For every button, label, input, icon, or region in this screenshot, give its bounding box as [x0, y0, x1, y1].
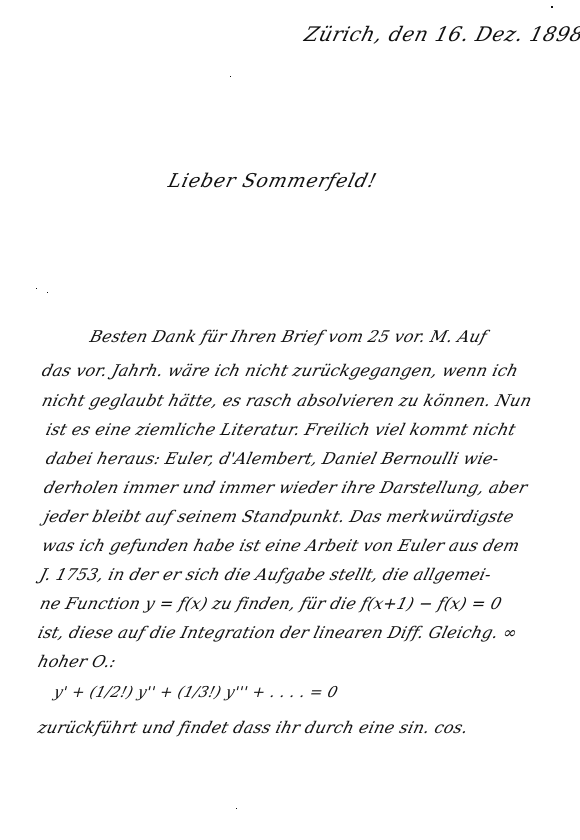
letter-page: Zürich, den 16. Dez. 1898 Lieber Sommerf…: [0, 0, 580, 840]
scan-speck: [230, 76, 231, 77]
closing-line: zurückführt und findet dass ihr durch ei…: [36, 718, 470, 737]
body-line-1: Besten Dank für Ihren Brief vom 25 vor. …: [88, 327, 489, 346]
body-line-8: was ich gefunden habe ist eine Arbeit vo…: [40, 536, 522, 555]
scan-speck: [236, 808, 237, 809]
date-line: Zürich, den 16. Dez. 1898: [302, 22, 580, 46]
body-line-9: J. 1753, in der er sich die Aufgabe stel…: [38, 565, 493, 584]
body-line-12: hoher O.:: [36, 652, 118, 671]
body-line-4: ist es eine ziemliche Literatur. Freilic…: [44, 420, 518, 439]
body-line-6: derholen immer und immer wieder ihre Dar…: [42, 478, 530, 497]
salutation: Lieber Sommerfeld!: [166, 170, 379, 192]
body-line-10: ne Function y = f(x) zu finden, für die …: [38, 594, 504, 613]
body-line-7: jeder bleibt auf seinem Standpunkt. Das …: [42, 507, 516, 526]
scan-speck: [47, 292, 48, 293]
scan-speck: [36, 288, 37, 289]
body-line-2: das vor. Jahrh. wäre ich nicht zurückgeg…: [40, 361, 520, 380]
body-line-3: nicht geglaubt hätte, es rasch absolvier…: [40, 391, 534, 410]
body-line-11: ist, diese auf die Integration der linea…: [36, 623, 519, 642]
body-line-5: dabei heraus: Euler, d'Alembert, Daniel …: [44, 449, 501, 468]
formula-line: y' + (1/2!) y'' + (1/3!) y''' + . . . . …: [52, 683, 340, 701]
scan-speck: [551, 6, 553, 8]
